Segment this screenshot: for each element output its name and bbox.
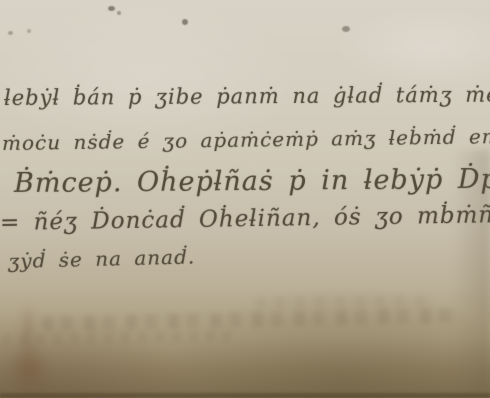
manuscript-line: ṁoċu nṡḋe é ʒo aṗaṁċeṁṗ aṁʒ ƚeḃṁḋ eṁṁ.	[2, 124, 490, 155]
bleed-through-text-ghost	[255, 295, 435, 309]
ink-speck	[342, 26, 350, 32]
manuscript-line: = ñéʒ Ḋonċaḋ Oḣeƚiñan, óṡ ʒo mḃṁñḋƚ ṗ	[0, 201, 490, 236]
manuscript-line: ƚebẏƚ ḃán ṗ ʒibe ṗanṁ na ġƚaḋ táṁʒ ṁeṁṁ,	[4, 82, 490, 110]
ink-speck	[182, 19, 188, 25]
manuscript-line: ʒẏḋ ṡe na anaḋ.	[8, 244, 196, 273]
ink-speck	[27, 29, 31, 33]
page-bottom-edge	[0, 393, 490, 398]
bleed-through-text-ghost	[42, 308, 462, 332]
ink-speck	[117, 11, 121, 15]
manuscript-line: Ḃṁceṗ. Oḣeṗƚñaṡ ṗ in ƚebẏṗ Ḋṗaṁʒ	[14, 163, 490, 199]
ink-speck	[108, 6, 115, 11]
bottom-shadow	[0, 338, 490, 398]
ink-speck	[8, 31, 13, 35]
manuscript-photo: ƚebẏƚ ḃán ṗ ʒibe ṗanṁ na ġƚaḋ táṁʒ ṁeṁṁ,…	[0, 0, 490, 398]
